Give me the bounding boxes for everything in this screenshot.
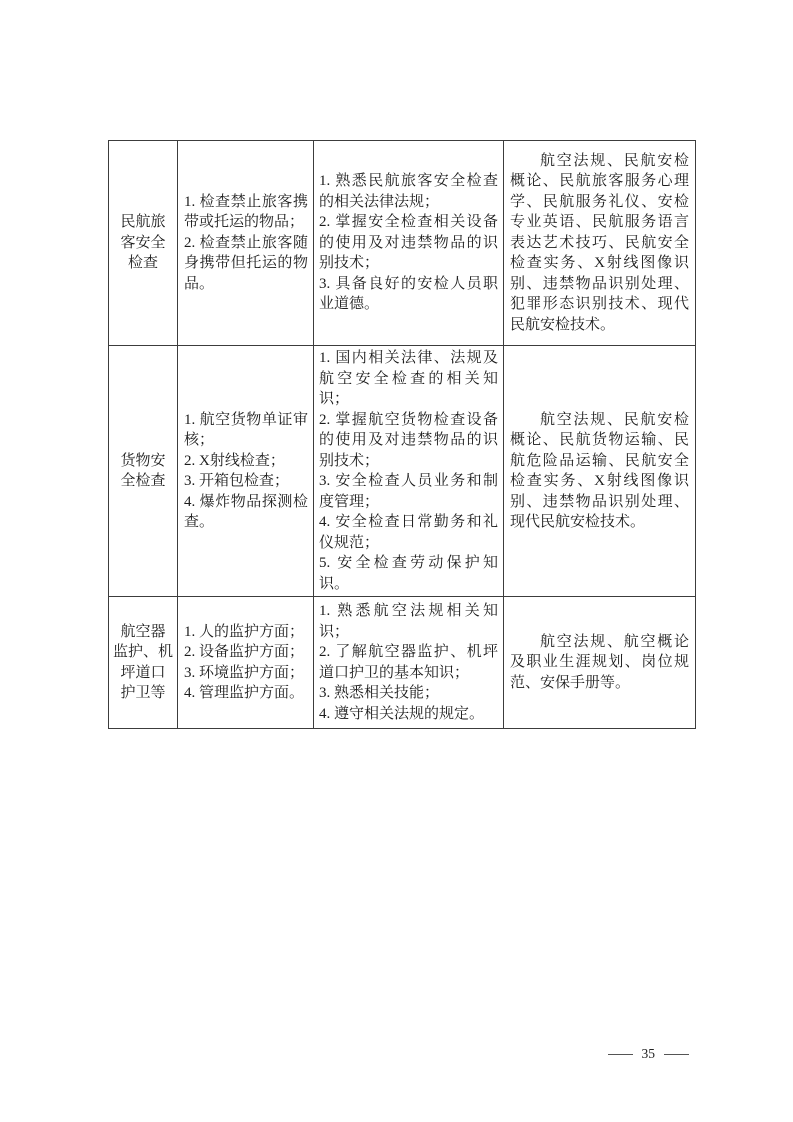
table-row: 货物安 全检查 1. 航空货物单证审核； 2. X射线检查； 3. 开箱包检查；…: [109, 346, 696, 597]
duty-item: 4. 爆炸物品探测检查。: [184, 492, 308, 533]
duty-item: 1. 检查禁止旅客携带或托运的物品；: [184, 192, 308, 233]
footer-dash-right: [664, 1054, 689, 1055]
requirement-item: 2. 了解航空器监护、机坪道口护卫的基本知识；: [319, 642, 498, 683]
requirement-item: 5. 安全检查劳动保护知识。: [319, 553, 498, 594]
duty-item: 2. 设备监护方面；: [184, 642, 308, 663]
page-number: 35: [642, 1046, 656, 1062]
duties-cell: 1. 航空货物单证审核； 2. X射线检查； 3. 开箱包检查； 4. 爆炸物品…: [178, 346, 314, 597]
category-cell: 航空器 监护、机 坪道口 护卫等: [109, 597, 178, 729]
requirements-cell: 1. 熟悉航空法规相关知识； 2. 了解航空器监护、机坪道口护卫的基本知识； 3…: [314, 597, 504, 729]
training-table: 民航旅 客安全 检查 1. 检查禁止旅客携带或托运的物品； 2. 检查禁止旅客随…: [108, 140, 696, 729]
requirement-item: 3. 安全检查人员业务和制度管理；: [319, 471, 498, 512]
table-row: 民航旅 客安全 检查 1. 检查禁止旅客携带或托运的物品； 2. 检查禁止旅客随…: [109, 141, 696, 346]
duty-item: 2. 检查禁止旅客随身携带但托运的物品。: [184, 233, 308, 295]
duty-item: 1. 航空货物单证审核；: [184, 410, 308, 451]
duty-item: 2. X射线检查；: [184, 451, 308, 472]
requirement-item: 4. 遵守相关法规的规定。: [319, 704, 498, 725]
requirement-item: 2. 掌握航空货物检查设备的使用及对违禁物品的识别技术；: [319, 410, 498, 472]
duties-cell: 1. 检查禁止旅客携带或托运的物品； 2. 检查禁止旅客随身携带但托运的物品。: [178, 141, 314, 346]
table-row: 航空器 监护、机 坪道口 护卫等 1. 人的监护方面； 2. 设备监护方面； 3…: [109, 597, 696, 729]
duties-cell: 1. 人的监护方面； 2. 设备监护方面； 3. 环境监护方面； 4. 管理监护…: [178, 597, 314, 729]
requirement-item: 1. 熟悉航空法规相关知识；: [319, 601, 498, 642]
duty-item: 4. 管理监护方面。: [184, 683, 308, 704]
requirements-cell: 1. 国内相关法律、法规及航空安全检查的相关知识； 2. 掌握航空货物检查设备的…: [314, 346, 504, 597]
courses-cell: 航空法规、民航安检概论、民航货物运输、民航危险品运输、民航安全检查实务、X射线图…: [504, 346, 696, 597]
requirement-item: 3. 具备良好的安检人员职业道德。: [319, 274, 498, 315]
requirement-item: 2. 掌握安全检查相关设备的使用及对违禁物品的识别技术；: [319, 212, 498, 274]
requirement-item: 3. 熟悉相关技能；: [319, 683, 498, 704]
courses-cell: 航空法规、航空概论及职业生涯规划、岗位规范、安保手册等。: [504, 597, 696, 729]
category-cell: 民航旅 客安全 检查: [109, 141, 178, 346]
footer-dash-left: [608, 1054, 633, 1055]
courses-paragraph: 航空法规、民航安检概论、民航货物运输、民航危险品运输、民航安全检查实务、X射线图…: [510, 410, 689, 533]
requirement-item: 4. 安全检查日常勤务和礼仪规范；: [319, 512, 498, 553]
requirement-item: 1. 国内相关法律、法规及航空安全检查的相关知识；: [319, 348, 498, 410]
courses-paragraph: 航空法规、民航安检概论、民航旅客服务心理学、民航服务礼仪、安检专业英语、民航服务…: [510, 151, 689, 336]
courses-cell: 航空法规、民航安检概论、民航旅客服务心理学、民航服务礼仪、安检专业英语、民航服务…: [504, 141, 696, 346]
requirements-cell: 1. 熟悉民航旅客安全检查的相关法律法规； 2. 掌握安全检查相关设备的使用及对…: [314, 141, 504, 346]
requirement-item: 1. 熟悉民航旅客安全检查的相关法律法规；: [319, 171, 498, 212]
page-footer: 35: [608, 1046, 690, 1062]
duty-item: 1. 人的监护方面；: [184, 622, 308, 643]
courses-paragraph: 航空法规、航空概论及职业生涯规划、岗位规范、安保手册等。: [510, 632, 689, 694]
duty-item: 3. 环境监护方面；: [184, 663, 308, 684]
category-cell: 货物安 全检查: [109, 346, 178, 597]
duty-item: 3. 开箱包检查；: [184, 471, 308, 492]
